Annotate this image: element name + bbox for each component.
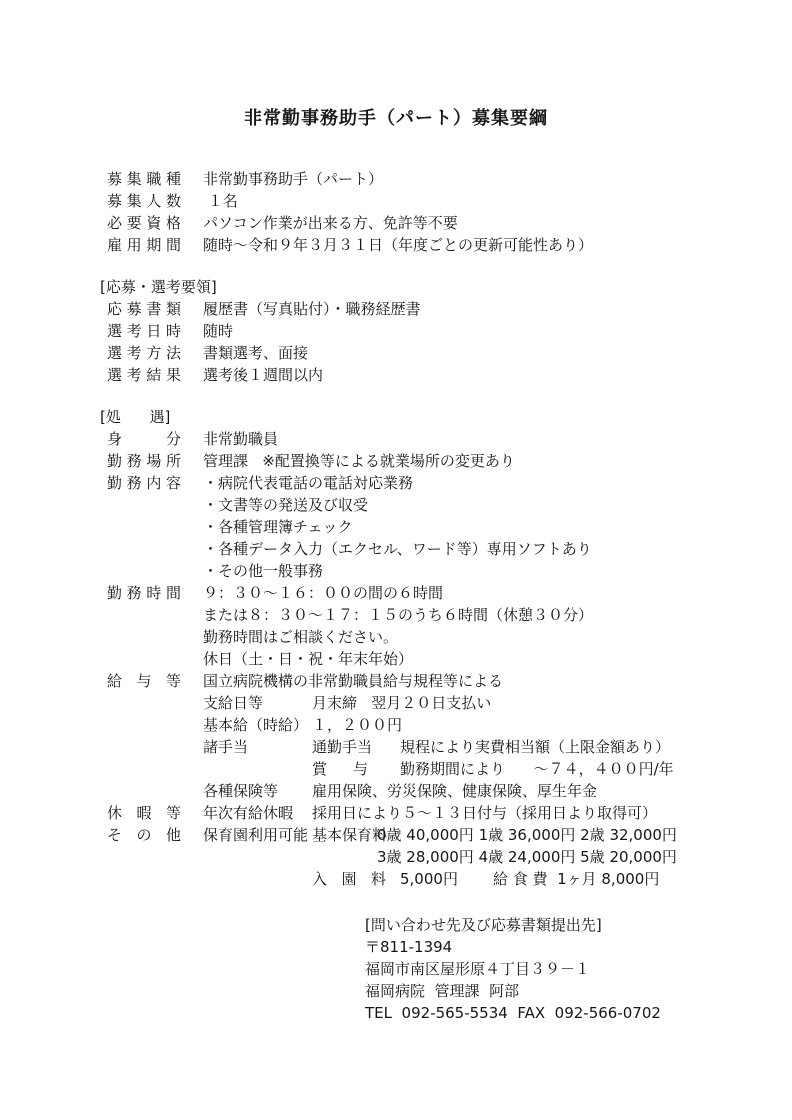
contact-section: [問い合わせ先及び応募書類提出先] 〒811-1394 福岡市南区屋形原４丁目３…: [0, 914, 792, 1024]
treatment-row: 勤務内容 ・病院代表電話の電話対応業務: [0, 472, 792, 494]
field-label: 給 与 等: [107, 670, 181, 692]
application-row: 応募書類 履歴書（写真貼付）・職務経歴書: [0, 298, 792, 320]
treatment-row: ・その他一般事務: [0, 560, 792, 582]
sub-value: 雇用保険、労災保険、健康保険、厚生年金: [312, 780, 597, 802]
field-label: 選考日時: [107, 320, 181, 342]
treatment-row: 休日（土・日・祝・年末年始）: [0, 648, 792, 670]
treatment-row: 休 暇 等 年次有給休暇 採用日により５～１３日付与（採用日より取得可）: [0, 802, 792, 824]
sub-value: 勤務期間により ～７４，４００円/年: [400, 758, 674, 780]
section-heading: [応募・選考要領]: [100, 276, 217, 298]
field-label: 募集人数: [107, 190, 181, 212]
department-line: 福岡病院 管理課 阿部: [365, 980, 519, 1002]
treatment-row: 入 園 料 5,000円 給 食 費 1ヶ月 8,000円: [0, 868, 792, 890]
treatment-row: 身 分 非常勤職員: [0, 428, 792, 450]
field-label: 選考結果: [107, 364, 181, 386]
sub-value: 採用日により５～１３日付与（採用日より取得可）: [312, 802, 657, 824]
contact-row: [問い合わせ先及び応募書類提出先]: [0, 914, 792, 936]
meal-fee: 給 食 費 1ヶ月 8,000円: [493, 868, 659, 890]
contact-heading: [問い合わせ先及び応募書類提出先]: [365, 914, 602, 936]
contact-row: 〒811-1394: [0, 936, 792, 958]
nursery-fee-line-1: 0歳 40,000円 1歳 36,000円 2歳 32,000円: [377, 824, 677, 846]
sub-label: 諸手当: [203, 736, 248, 758]
nursery-fee-line-2: 3歳 28,000円 4歳 24,000円 5歳 20,000円: [377, 846, 677, 868]
sub-sub-label: 基本保育料: [312, 824, 387, 846]
sub-sub-label: 賞 与: [312, 758, 368, 780]
duty-item: ・病院代表電話の電話対応業務: [203, 472, 413, 494]
field-label: そ の 他: [107, 824, 181, 846]
field-label: 募集職種: [107, 168, 181, 190]
application-section: [応募・選考要領] 応募書類 履歴書（写真貼付）・職務経歴書 選考日時 随時 選…: [0, 276, 792, 386]
sub-label: 基本給（時給）: [203, 714, 308, 736]
sub-label: 保育園利用可能: [203, 824, 308, 846]
duty-item: ・その他一般事務: [203, 560, 323, 582]
sub-sub-label: 入 園 料: [312, 868, 386, 890]
treatment-row: または８：３０～１７：１５のうち６時間（休憩３０分）: [0, 604, 792, 626]
treatment-row: 勤務時間はご相談ください。: [0, 626, 792, 648]
overview-row: 募集職種 非常勤事務助手（パート）: [0, 168, 792, 190]
field-value: 選考後１週間以内: [203, 364, 323, 386]
sub-value: 規程により実費相当額（上限金額あり）: [400, 736, 670, 758]
field-value: 書類選考、面接: [203, 342, 308, 364]
spacer: [0, 256, 792, 276]
field-label: 勤務時間: [107, 582, 181, 604]
treatment-row: ・文書等の発送及び収受: [0, 494, 792, 516]
treatment-row: 支給日等 月末締 翌月２０日支払い: [0, 692, 792, 714]
address-line: 福岡市南区屋形原４丁目３９－１: [365, 958, 590, 980]
treatment-row: 給 与 等 国立病院機構の非常勤職員給与規程等による: [0, 670, 792, 692]
postal-code: 〒811-1394: [365, 936, 452, 958]
contact-row: TEL 092-565-5534 FAX 092-566-0702: [0, 1002, 792, 1024]
overview-row: 雇用期間 随時～令和９年３月３１日（年度ごとの更新可能性あり）: [0, 234, 792, 256]
field-value: 随時～令和９年３月３１日（年度ごとの更新可能性あり）: [203, 234, 593, 256]
treatment-section: [処 遇] 身 分 非常勤職員 勤務場所 管理課 ※配置換等による就業場所の変更…: [0, 406, 792, 890]
field-value: 非常勤事務助手（パート）: [203, 168, 383, 190]
field-label: 必要資格: [107, 212, 181, 234]
treatment-row: 3歳 28,000円 4歳 24,000円 5歳 20,000円: [0, 846, 792, 868]
contact-row: 福岡市南区屋形原４丁目３９－１: [0, 958, 792, 980]
treatment-row: 各種保険等 雇用保険、労災保険、健康保険、厚生年金: [0, 780, 792, 802]
document-page: 非常勤事務助手（パート）募集要綱 募集職種 非常勤事務助手（パート） 募集人数 …: [0, 0, 792, 1120]
overview-section: 募集職種 非常勤事務助手（パート） 募集人数 １名 必要資格 パソコン作業が出来…: [0, 168, 792, 256]
sub-label: 各種保険等: [203, 780, 278, 802]
treatment-row: 勤務場所 管理課 ※配置換等による就業場所の変更あり: [0, 450, 792, 472]
treatment-row: 諸手当 通勤手当 規程により実費相当額（上限金額あり）: [0, 736, 792, 758]
field-value: 非常勤職員: [203, 428, 278, 450]
field-value: 勤務時間はご相談ください。: [203, 626, 398, 648]
field-value: 国立病院機構の非常勤職員給与規程等による: [203, 670, 503, 692]
application-row: 選考結果 選考後１週間以内: [0, 364, 792, 386]
field-value: 管理課 ※配置換等による就業場所の変更あり: [203, 450, 515, 472]
sub-value: 月末締 翌月２０日支払い: [312, 692, 491, 714]
overview-row: 募集人数 １名: [0, 190, 792, 212]
field-value: または８：３０～１７：１５のうち６時間（休憩３０分）: [203, 604, 593, 626]
field-value: 休日（土・日・祝・年末年始）: [203, 648, 413, 670]
treatment-row: そ の 他 保育園利用可能 基本保育料 0歳 40,000円 1歳 36,000…: [0, 824, 792, 846]
section-heading-row: [応募・選考要領]: [0, 276, 792, 298]
contact-row: 福岡病院 管理課 阿部: [0, 980, 792, 1002]
field-value: ９：３０～１６：００の間の６時間: [203, 582, 443, 604]
field-label: 勤務内容: [107, 472, 181, 494]
overview-row: 必要資格 パソコン作業が出来る方、免許等不要: [0, 212, 792, 234]
treatment-row: ・各種管理簿チェック: [0, 516, 792, 538]
field-label: 休 暇 等: [107, 802, 181, 824]
document-title: 非常勤事務助手（パート）募集要綱: [0, 104, 792, 130]
sub-sub-label: 通勤手当: [312, 736, 372, 758]
treatment-row: 勤務時間 ９：３０～１６：００の間の６時間: [0, 582, 792, 604]
section-heading: [処 遇]: [100, 406, 170, 428]
entrance-fee: 5,000円: [400, 868, 458, 890]
sub-label: 年次有給休暇: [203, 802, 293, 824]
spacer: [0, 386, 792, 406]
application-row: 選考日時 随時: [0, 320, 792, 342]
treatment-row: ・各種データ入力（エクセル、ワード等）専用ソフトあり: [0, 538, 792, 560]
field-label: 選考方法: [107, 342, 181, 364]
field-value: 履歴書（写真貼付）・職務経歴書: [203, 298, 421, 320]
sub-value: １，２００円: [312, 714, 402, 736]
tel-fax-line: TEL 092-565-5534 FAX 092-566-0702: [365, 1002, 661, 1024]
document-body: 募集職種 非常勤事務助手（パート） 募集人数 １名 必要資格 パソコン作業が出来…: [0, 168, 792, 1024]
application-row: 選考方法 書類選考、面接: [0, 342, 792, 364]
sub-label: 支給日等: [203, 692, 263, 714]
field-value: パソコン作業が出来る方、免許等不要: [203, 212, 458, 234]
treatment-row: 賞 与 勤務期間により ～７４，４００円/年: [0, 758, 792, 780]
duty-item: ・文書等の発送及び収受: [203, 494, 368, 516]
treatment-row: 基本給（時給） １，２００円: [0, 714, 792, 736]
field-value: １名: [203, 190, 238, 212]
field-label: 勤務場所: [107, 450, 181, 472]
field-value: 随時: [203, 320, 233, 342]
field-label: 応募書類: [107, 298, 181, 320]
duty-item: ・各種データ入力（エクセル、ワード等）専用ソフトあり: [203, 538, 592, 560]
duty-item: ・各種管理簿チェック: [203, 516, 353, 538]
section-heading-row: [処 遇]: [0, 406, 792, 428]
field-label: 身 分: [107, 428, 181, 450]
field-label: 雇用期間: [107, 234, 181, 256]
spacer: [0, 890, 792, 914]
